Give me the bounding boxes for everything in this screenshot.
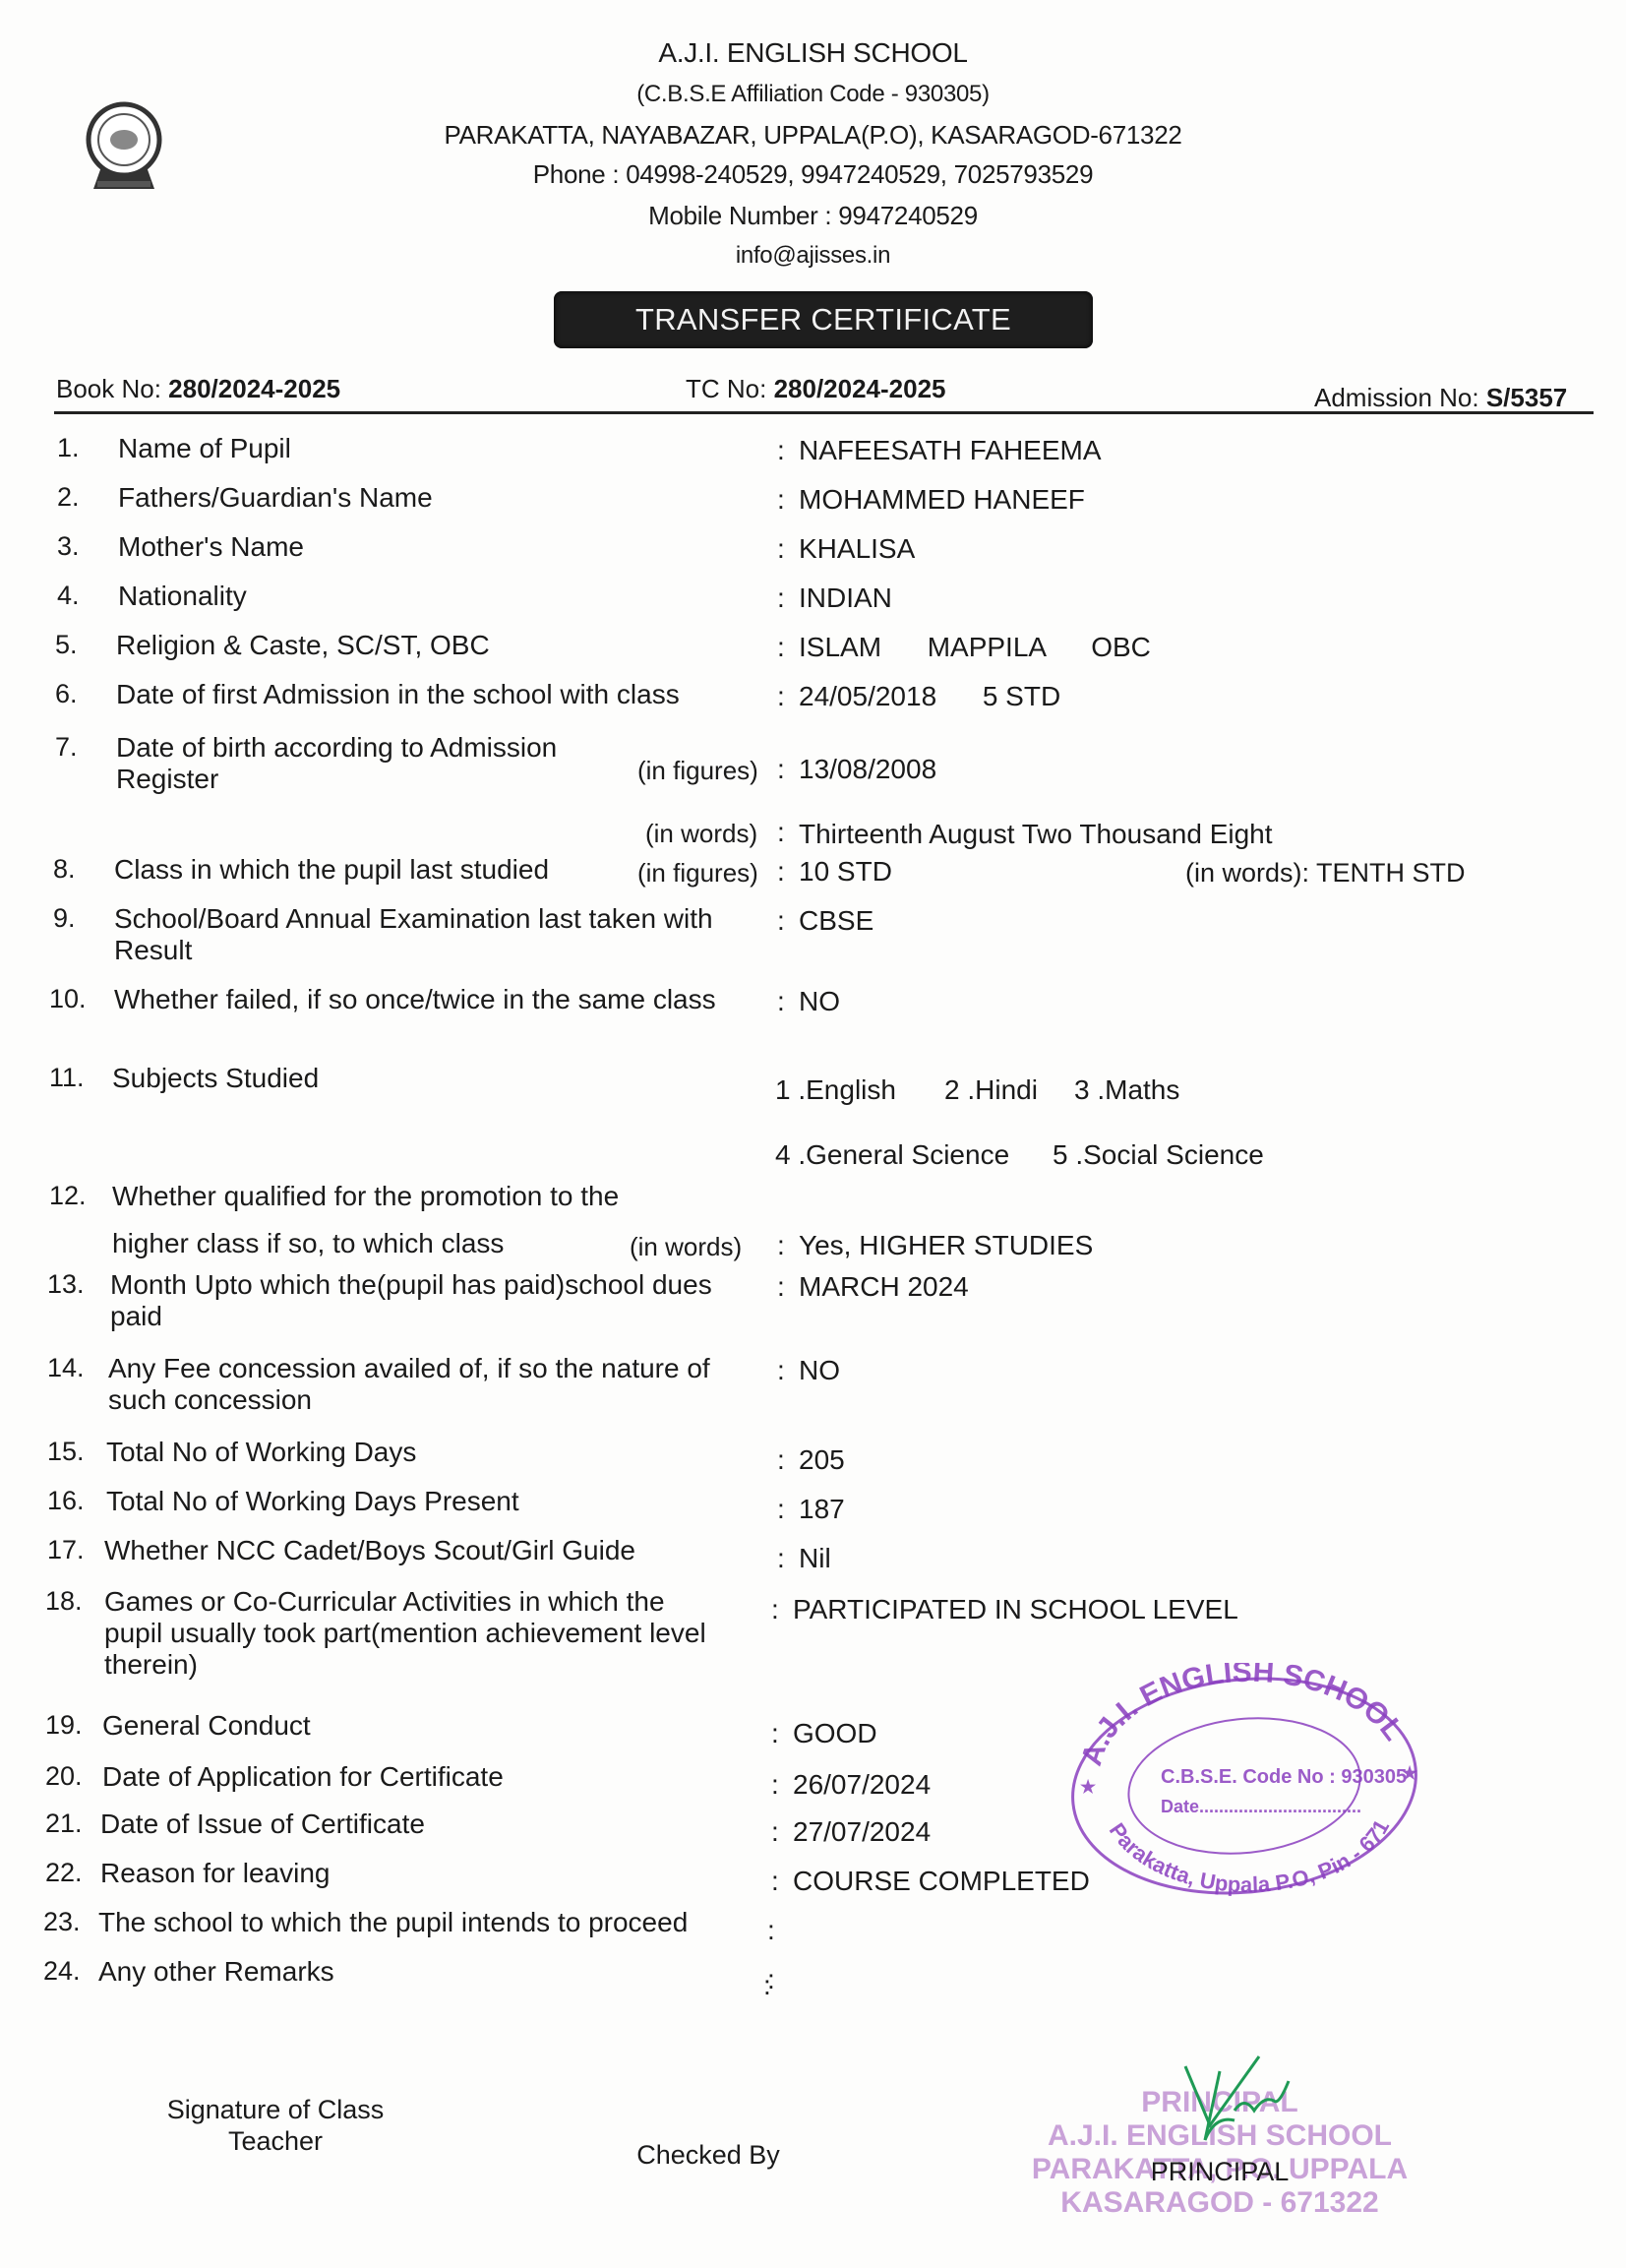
field-number: 11. bbox=[49, 1063, 108, 1093]
field-value: COURSE COMPLETED bbox=[793, 1866, 1090, 1897]
principal-signature bbox=[1166, 2052, 1294, 2165]
field-value: 187 bbox=[799, 1494, 845, 1525]
school-phone: Phone : 04998-240529, 9947240529, 702579… bbox=[0, 159, 1626, 190]
subject-item: 1 .English bbox=[775, 1074, 896, 1106]
svg-text:Date..........................: Date................................. bbox=[1161, 1797, 1361, 1816]
field-separator: : bbox=[777, 905, 785, 937]
field-value: 205 bbox=[799, 1444, 845, 1476]
field-value: GOOD bbox=[793, 1718, 877, 1749]
field-number: 3. bbox=[57, 531, 116, 562]
field-number: 14. bbox=[47, 1353, 106, 1383]
field-qualifier: (in words) bbox=[645, 819, 757, 849]
field-label: Name of Pupil bbox=[118, 433, 748, 464]
field-label: Any other Remarks bbox=[98, 1956, 728, 1988]
field-label: Whether failed, if so once/twice in the … bbox=[114, 984, 724, 1015]
school-name: A.J.I. ENGLISH SCHOOL bbox=[0, 37, 1626, 69]
svg-text:★: ★ bbox=[1402, 1763, 1418, 1783]
tc-number: TC No: 280/2024-2025 bbox=[686, 374, 946, 404]
field-label: Month Upto which the(pupil has paid)scho… bbox=[110, 1269, 720, 1332]
field-value: 10 STD bbox=[799, 856, 892, 888]
field-extra-value: (in words): TENTH STD bbox=[1185, 858, 1466, 889]
field-value: Nil bbox=[799, 1543, 831, 1574]
field-number: 6. bbox=[55, 679, 114, 709]
field-value: NO bbox=[799, 986, 840, 1017]
school-mobile: Mobile Number : 9947240529 bbox=[0, 201, 1626, 231]
field-label: Date of birth according to Admission Reg… bbox=[116, 732, 628, 795]
field-separator: : bbox=[777, 632, 785, 663]
field-label: General Conduct bbox=[102, 1710, 732, 1742]
field-label: Games or Co-Curricular Activities in whi… bbox=[104, 1586, 724, 1681]
field-separator: : bbox=[777, 681, 785, 712]
field-separator: : bbox=[777, 1271, 785, 1303]
admission-number-value: S/5357 bbox=[1486, 383, 1567, 412]
stamp-top-text: A.J.I. ENGLISH SCHOOL bbox=[1075, 1663, 1410, 1769]
field-number: 5. bbox=[55, 630, 114, 660]
field-value: 13/08/2008 bbox=[799, 754, 936, 785]
field-separator: : bbox=[777, 582, 785, 614]
field-qualifier: (in words) bbox=[630, 1232, 742, 1262]
field-label: Date of first Admission in the school wi… bbox=[116, 679, 746, 710]
field-value: PARTICIPATED IN SCHOOL LEVEL bbox=[793, 1594, 1238, 1625]
field-value: INDIAN bbox=[799, 582, 892, 614]
field-label: Whether NCC Cadet/Boys Scout/Girl Guide bbox=[104, 1535, 734, 1566]
field-number: 19. bbox=[45, 1710, 104, 1741]
field-separator: : bbox=[777, 533, 785, 565]
field-number: 23. bbox=[43, 1907, 102, 1937]
field-value: KHALISA bbox=[799, 533, 915, 565]
field-label: Fathers/Guardian's Name bbox=[118, 482, 748, 514]
field-label: The school to which the pupil intends to… bbox=[98, 1907, 728, 1938]
field-number: 7. bbox=[55, 732, 114, 763]
admission-number-label: Admission No: bbox=[1314, 383, 1486, 412]
field-separator: : bbox=[777, 754, 785, 785]
field-label-continued: higher class if so, to which class bbox=[112, 1228, 504, 1259]
field-label: Any Fee concession availed of, if so the… bbox=[108, 1353, 767, 1416]
class-teacher-signature-label: Signature of Class Teacher bbox=[148, 2094, 403, 2157]
field-qualifier: (in figures) bbox=[637, 756, 758, 786]
field-value: CBSE bbox=[799, 905, 873, 937]
field-separator: : bbox=[777, 484, 785, 516]
principal-label: PRINCIPAL bbox=[1121, 2157, 1318, 2187]
svg-text:★: ★ bbox=[1080, 1777, 1097, 1797]
book-number-value: 280/2024-2025 bbox=[168, 374, 340, 403]
field-number: 4. bbox=[57, 581, 116, 611]
field-value: 26/07/2024 bbox=[793, 1769, 931, 1801]
field-separator: : bbox=[771, 1816, 779, 1848]
tc-number-label: TC No: bbox=[686, 374, 774, 403]
subject-item: 3 .Maths bbox=[1074, 1074, 1179, 1106]
field-value: Yes, HIGHER STUDIES bbox=[799, 1230, 1093, 1261]
field-separator: : bbox=[777, 1494, 785, 1525]
field-separator: : bbox=[771, 1769, 779, 1801]
field-number: 22. bbox=[45, 1858, 104, 1888]
school-seal-stamp: A.J.I. ENGLISH SCHOOL Parakatta, Uppala … bbox=[1062, 1663, 1426, 1899]
school-affiliation: (C.B.S.E Affiliation Code - 930305) bbox=[0, 81, 1626, 108]
field-value: 24/05/2018 5 STD bbox=[799, 681, 1060, 712]
svg-text:C.B.S.E. Code No : 930305: C.B.S.E. Code No : 930305 bbox=[1161, 1766, 1407, 1788]
field-number: 24. bbox=[43, 1956, 102, 1987]
school-address: PARAKATTA, NAYABAZAR, UPPALA(P.O), KASAR… bbox=[0, 120, 1626, 151]
field-separator: : bbox=[771, 1718, 779, 1749]
field-label: Reason for leaving bbox=[100, 1858, 730, 1889]
field-number: 21. bbox=[45, 1808, 104, 1839]
field-qualifier: (in figures) bbox=[637, 858, 758, 889]
field-number: 1. bbox=[57, 433, 116, 463]
field-separator: : bbox=[777, 1543, 785, 1574]
field-separator: : bbox=[763, 1970, 771, 2001]
field-label: Mother's Name bbox=[118, 531, 748, 563]
field-separator: : bbox=[777, 435, 785, 466]
field-value: MOHAMMED HANEEF bbox=[799, 484, 1085, 516]
field-separator: : bbox=[771, 1866, 779, 1897]
field-label: Nationality bbox=[118, 581, 748, 612]
field-number: 2. bbox=[57, 482, 116, 513]
field-number: 9. bbox=[53, 903, 112, 934]
principal-stamp-line: KASARAGOD - 671322 bbox=[1023, 2186, 1416, 2220]
subject-item: 2 .Hindi bbox=[944, 1074, 1038, 1106]
field-value: Thirteenth August Two Thousand Eight bbox=[799, 819, 1273, 850]
field-separator: : bbox=[777, 1355, 785, 1386]
document-title: TRANSFER CERTIFICATE bbox=[554, 291, 1093, 348]
field-separator: : bbox=[777, 986, 785, 1017]
field-label: Whether qualified for the promotion to t… bbox=[112, 1181, 742, 1212]
field-label: Total No of Working Days bbox=[106, 1437, 736, 1468]
field-label: Date of Issue of Certificate bbox=[100, 1808, 730, 1840]
book-number-label: Book No: bbox=[56, 374, 168, 403]
field-number: 10. bbox=[49, 984, 108, 1014]
field-value: ISLAM MAPPILA OBC bbox=[799, 632, 1151, 663]
field-number: 18. bbox=[45, 1586, 104, 1617]
field-number: 15. bbox=[47, 1437, 106, 1467]
field-label: School/Board Annual Examination last tak… bbox=[114, 903, 783, 966]
field-number: 20. bbox=[45, 1761, 104, 1792]
field-number: 12. bbox=[49, 1181, 108, 1211]
field-number: 8. bbox=[53, 854, 112, 885]
field-label: Total No of Working Days Present bbox=[106, 1486, 736, 1517]
field-value: 27/07/2024 bbox=[793, 1816, 931, 1848]
field-separator: : bbox=[771, 1594, 779, 1625]
field-value: MARCH 2024 bbox=[799, 1271, 969, 1303]
field-separator: : bbox=[777, 856, 785, 888]
school-email: info@ajisses.in bbox=[0, 242, 1626, 270]
field-separator: : bbox=[777, 817, 785, 848]
book-number: Book No: 280/2024-2025 bbox=[56, 374, 340, 404]
field-label: Religion & Caste, SC/ST, OBC bbox=[116, 630, 746, 661]
field-value: NAFEESATH FAHEEMA bbox=[799, 435, 1102, 466]
field-value: NO bbox=[799, 1355, 840, 1386]
field-number: 17. bbox=[47, 1535, 106, 1565]
field-label: Subjects Studied bbox=[112, 1063, 742, 1094]
checked-by-label: Checked By bbox=[610, 2140, 807, 2171]
field-number: 13. bbox=[47, 1269, 106, 1300]
field-separator: : bbox=[777, 1444, 785, 1476]
svg-text:A.J.I. ENGLISH SCHOOL: A.J.I. ENGLISH SCHOOL bbox=[1075, 1663, 1410, 1769]
field-separator: : bbox=[777, 1230, 785, 1261]
tc-number-value: 280/2024-2025 bbox=[774, 374, 946, 403]
field-number: 16. bbox=[47, 1486, 106, 1516]
header-divider bbox=[54, 411, 1594, 414]
subject-item: 4 .General Science bbox=[775, 1139, 1009, 1171]
field-separator: : bbox=[767, 1915, 775, 1946]
subject-item: 5 .Social Science bbox=[1053, 1139, 1264, 1171]
field-label: Date of Application for Certificate bbox=[102, 1761, 732, 1793]
admission-number: Admission No: S/5357 bbox=[1314, 383, 1567, 413]
